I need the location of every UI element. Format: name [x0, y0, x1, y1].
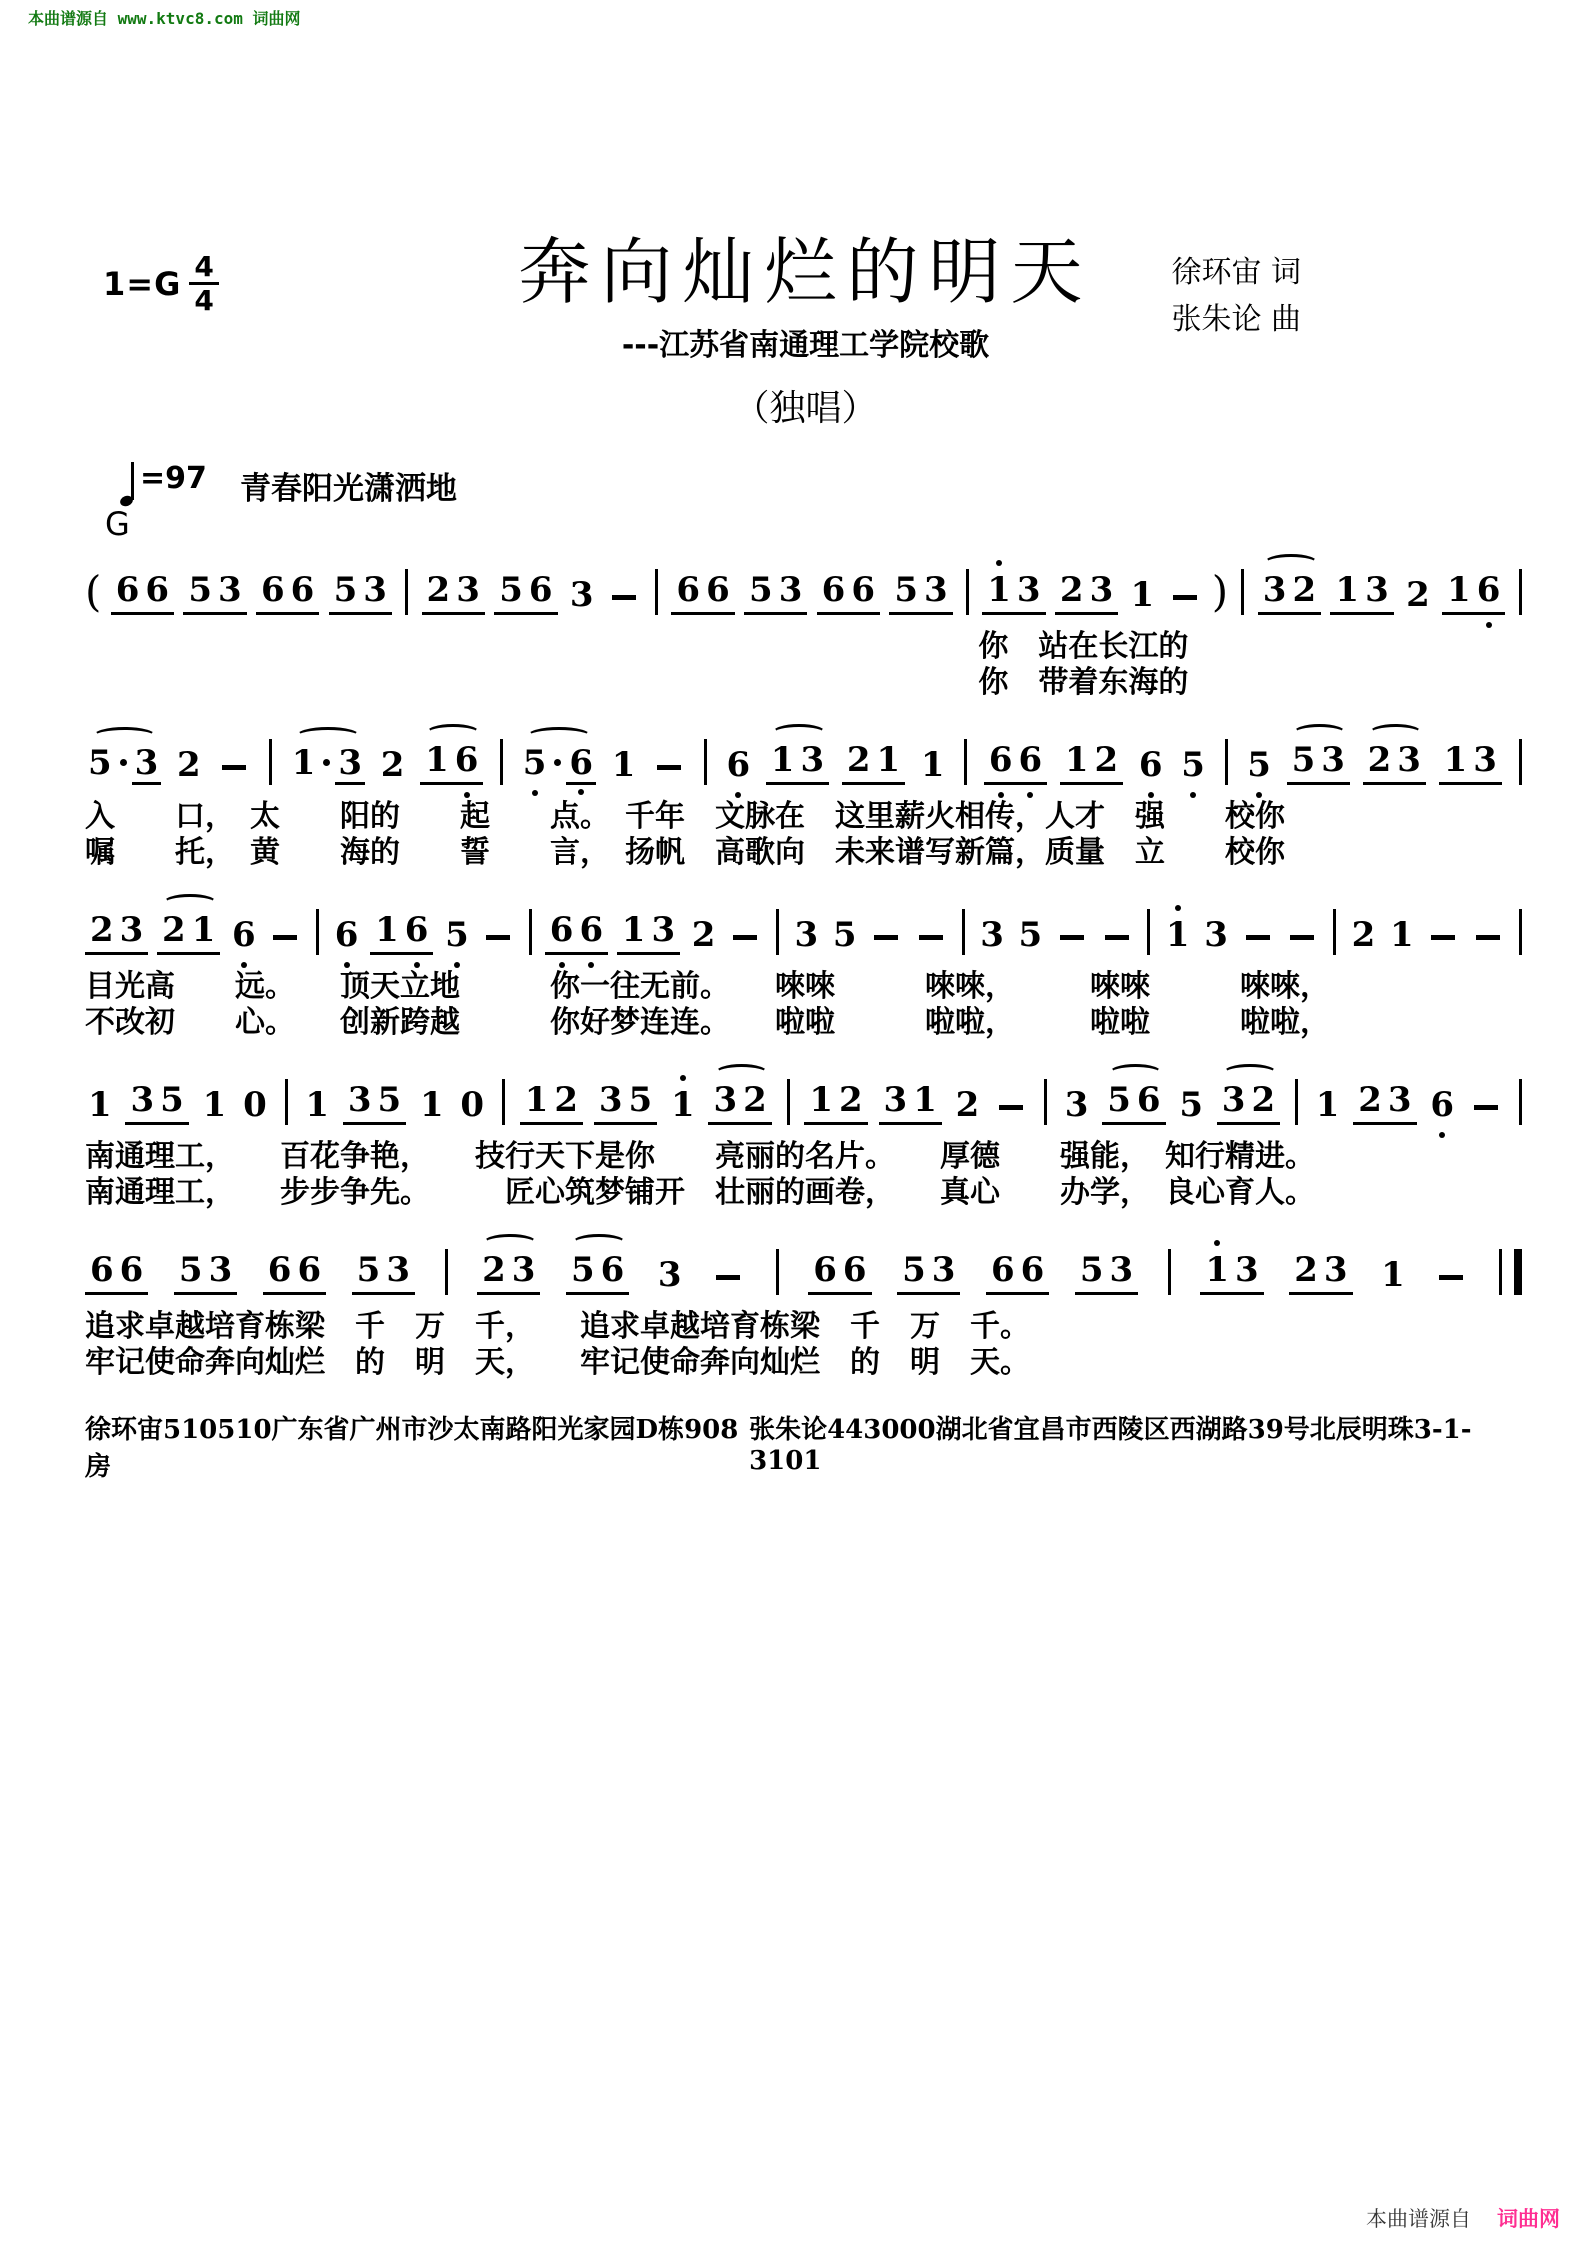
address-footer: 徐环宙510510广东省广州市沙太南路阳光家园D栋908房 张朱论443000湖…: [85, 1409, 1526, 1483]
note-digit: 3: [383, 1251, 413, 1289]
note-digit: 2: [844, 741, 874, 779]
note-digit: 3: [132, 744, 162, 785]
note-digit: 5: [496, 571, 526, 609]
note-digit: 6: [117, 1251, 147, 1289]
score-sheet: 1=G 4 4 奔向灿烂的明天 ---江苏省南通理工学院校歌 （独唱） 徐环宙 …: [0, 0, 1586, 1483]
barline: [1295, 1079, 1298, 1125]
note-digit: 3: [1201, 916, 1231, 955]
note-digit: 3: [655, 1256, 685, 1295]
note-digit: 6: [848, 571, 878, 609]
duration-dash: [1246, 935, 1270, 940]
beam-group: 31: [879, 1081, 942, 1125]
duration-dash: [733, 935, 757, 940]
note-digit: 1: [984, 571, 1014, 609]
title-block: 1=G 4 4 奔向灿烂的明天 ---江苏省南通理工学院校歌 （独唱） 徐环宙 …: [85, 0, 1526, 431]
note-digit: 2: [740, 1081, 770, 1119]
note-digit: 5: [374, 1081, 404, 1119]
barline: [776, 909, 779, 955]
duration-dash: [1173, 595, 1197, 600]
composer-credit: 张朱论 曲: [1171, 297, 1301, 344]
augmentation-dot: [554, 759, 561, 766]
beam-group: 12: [804, 1081, 867, 1125]
slur-group: 56: [1102, 1081, 1165, 1125]
note-digit: 6: [402, 911, 432, 949]
duration-dash: [874, 935, 898, 940]
watermark-prefix: 本曲谱源自: [1366, 2207, 1471, 2231]
note-digit: 3: [1219, 1081, 1249, 1119]
beam-group: 12: [520, 1081, 583, 1125]
notes-row: (66536653235636653665313231)3213216: [85, 557, 1526, 615]
note-digit: 1: [609, 746, 639, 785]
note-digit: 3: [453, 571, 483, 609]
key-signature: 1=G: [103, 265, 181, 303]
lyrics-verse-2: 南通理工， 步步争先。 匠心筑梦铺开 壮丽的画卷， 真心 办学， 良心育人。: [85, 1175, 1526, 1211]
beam-group: 66: [545, 911, 608, 955]
note-digit: 3: [1385, 1081, 1415, 1119]
note-digit: 6: [703, 571, 733, 609]
octave-dot-high: [1175, 905, 1181, 911]
note-digit: 3: [929, 1251, 959, 1289]
slur-group: 53: [85, 744, 161, 785]
parenthesis: ): [1212, 571, 1228, 615]
note-digit: 3: [1362, 571, 1392, 609]
duration-dash: [1476, 935, 1500, 940]
note-digit: 2: [1289, 571, 1319, 609]
sheet-music-page: 本曲谱源自 www.ktvc8.com 词曲网 1=G 4 4 奔向灿烂的明天 …: [0, 0, 1586, 2245]
octave-dot-low: [588, 962, 594, 968]
barline: [405, 569, 408, 615]
note-digit: 5: [830, 916, 860, 955]
duration-dash: [486, 935, 510, 940]
beam-group: 53: [183, 571, 246, 615]
note-digit: 3: [1318, 741, 1348, 779]
note-digit: 1: [522, 1081, 552, 1119]
note-digit: 3: [710, 1081, 740, 1119]
beam-group: 13: [617, 911, 680, 955]
duration-dash: [1474, 1105, 1498, 1110]
note-digit: 3: [791, 916, 821, 955]
slur-group: 56: [520, 744, 596, 785]
octave-dot-low: [578, 789, 584, 795]
note-digit: 3: [215, 571, 245, 609]
note-digit: 6: [526, 571, 556, 609]
beam-group: 13: [1200, 1251, 1263, 1295]
slur-group: 13: [766, 741, 829, 785]
barline: [529, 909, 532, 955]
note-digit: 3: [776, 571, 806, 609]
song-title: 奔向灿烂的明天: [85, 236, 1526, 308]
note-digit: 6: [258, 571, 288, 609]
note-digit: 1: [1444, 571, 1474, 609]
barline: [1168, 1249, 1171, 1295]
lyrics: 目光高 远。 顶天立地 你一往无前。 唻唻 唻唻， 唻唻 唻唻，不改初 心。 创…: [85, 969, 1526, 1041]
notes-row: 532132165616132116612655532313: [85, 727, 1526, 785]
beam-group: 23: [422, 571, 485, 615]
notes-row: 2321661656613235351321: [85, 897, 1526, 955]
octave-dot-low: [1439, 1132, 1445, 1138]
note-digit: 2: [836, 1081, 866, 1119]
beam-group: 13: [766, 741, 829, 785]
note-digit: 2: [689, 916, 719, 955]
beam-group: 21: [842, 741, 905, 785]
barline: [1519, 1079, 1522, 1125]
note-digit: 3: [1321, 1251, 1351, 1289]
note-digit: 6: [87, 1251, 117, 1289]
note-digit: 3: [127, 1081, 157, 1119]
note-digit: 3: [1087, 571, 1117, 609]
credits: 徐环宙 词 张朱论 曲: [1171, 250, 1301, 343]
note-digit: 3: [335, 744, 365, 785]
note-digit: 3: [1394, 741, 1424, 779]
slur-group: 32: [708, 1081, 771, 1125]
octave-dot-low: [559, 962, 565, 968]
octave-dot-low: [735, 792, 741, 798]
note-digit: 2: [1403, 576, 1433, 615]
note-digit: 2: [479, 1251, 509, 1289]
note-digit: 2: [87, 911, 117, 949]
augmentation-dot: [323, 759, 330, 766]
octave-dot-low: [1190, 792, 1196, 798]
note-digit: 1: [422, 741, 452, 779]
beam-group: 53: [897, 1251, 960, 1295]
beam-group: 53: [352, 1251, 415, 1295]
beam-group: 23: [1055, 571, 1118, 615]
note-digit: 5: [1176, 1086, 1206, 1125]
beam-group: 16: [1442, 571, 1505, 615]
octave-dot-low: [454, 962, 460, 968]
note-digit: 6: [547, 911, 577, 949]
octave-dot-high: [996, 560, 1002, 566]
beam-group: 32: [708, 1081, 771, 1125]
note-digit: 1: [668, 1086, 698, 1125]
lyricist-address: 徐环宙510510广东省广州市沙太南路阳光家园D栋908房: [85, 1409, 749, 1483]
song-subtitle: ---江苏省南通理工学院校歌: [85, 320, 1526, 364]
octave-dot-low: [464, 792, 470, 798]
beam-group: 23: [85, 911, 148, 955]
barline: [502, 1079, 505, 1125]
note-digit: 3: [360, 571, 390, 609]
note-digit: 3: [881, 1081, 911, 1119]
beam-group: 35: [594, 1081, 657, 1125]
note-digit: 6: [840, 1251, 870, 1289]
note-digit: 1: [1313, 1086, 1343, 1125]
beam-group: 13: [1439, 741, 1502, 785]
beam-group: 16: [420, 741, 483, 785]
beam-group: 66: [986, 1251, 1049, 1295]
time-signature-numerator: 4: [189, 252, 218, 285]
key-time-signature: 1=G 4 4: [103, 252, 219, 316]
note-digit: 1: [768, 741, 798, 779]
note-digit: 5: [85, 744, 115, 783]
note-digit: 5: [1244, 746, 1274, 785]
beam-group: 66: [808, 1251, 871, 1295]
beam-group: 32: [1217, 1081, 1280, 1125]
lyrics-verse-1: 你 站在长江的: [85, 629, 1526, 665]
note-digit: 3: [921, 571, 951, 609]
beam-group: 66: [671, 571, 734, 615]
beam-group: 16: [370, 911, 433, 955]
note-digit: 3: [1014, 571, 1044, 609]
duration-dash: [273, 935, 297, 940]
beam-group: 66: [984, 741, 1047, 785]
lyrics-verse-1: 入 口， 太 阳的 起 点。 千年 文脉在 这里薪火相传，人才 强 校你: [85, 799, 1526, 835]
note-digit: 0: [240, 1086, 270, 1125]
note-digit: 6: [723, 746, 753, 785]
note-digit: 6: [332, 916, 362, 955]
note-digit: 3: [648, 911, 678, 949]
note-digit: 5: [1178, 746, 1208, 785]
barline: [1225, 739, 1228, 785]
expression-text: 青春阳光潇洒地: [240, 463, 457, 508]
note-digit: 6: [113, 571, 143, 609]
notes-row: 66536653235636653665313231: [85, 1237, 1526, 1295]
system-4: 13510135101235132123123565321236南通理工， 百花…: [85, 1067, 1526, 1211]
beam-group: 66: [817, 571, 880, 615]
notes-row: 13510135101235132123123565321236: [85, 1067, 1526, 1125]
duration-dash: [1439, 1275, 1463, 1280]
beam-group: 23: [1353, 1081, 1416, 1125]
note-digit: 6: [598, 1251, 628, 1289]
note-digit: 5: [354, 1251, 384, 1289]
note-digit: 2: [424, 571, 454, 609]
beam-group: 35: [343, 1081, 406, 1125]
note-digit: 1: [619, 911, 649, 949]
note-digit: 5: [899, 1251, 929, 1289]
beam-group: 66: [263, 1251, 326, 1295]
beam-group: 23: [477, 1251, 540, 1295]
note-digit: 2: [378, 746, 408, 785]
note-digit: 6: [988, 1251, 1018, 1289]
lyrics-verse-1: 南通理工， 百花争艳， 技行天下是你 亮丽的名片。 厚德 强能， 知行精进。: [85, 1139, 1526, 1175]
barline: [776, 1249, 779, 1295]
note-digit: 6: [265, 1251, 295, 1289]
note-digit: 3: [1470, 741, 1500, 779]
note-digit: 1: [910, 1081, 940, 1119]
beam-group: 53: [1075, 1251, 1138, 1295]
beam-group: 53: [744, 571, 807, 615]
note-digit: 5: [1077, 1251, 1107, 1289]
note-digit: 6: [1134, 1081, 1164, 1119]
duration-dash: [716, 1275, 740, 1280]
note-digit: 5: [520, 744, 550, 783]
note-digit: 2: [1092, 741, 1122, 779]
barline: [964, 739, 967, 785]
note-digit: 1: [302, 1086, 332, 1125]
note-digit: 6: [1474, 571, 1504, 609]
barline: [500, 739, 503, 785]
octave-dot-low: [241, 962, 247, 968]
beam-group: 21: [157, 911, 220, 955]
note-digit: 1: [1332, 571, 1362, 609]
lyrics-verse-1: 追求卓越培育栋梁 千 万 千， 追求卓越培育栋梁 千 万 千。: [85, 1309, 1526, 1345]
time-signature-denominator: 4: [189, 285, 218, 315]
note-digit: 1: [806, 1081, 836, 1119]
lyrics-verse-2: 你 带着东海的: [85, 665, 1526, 701]
barline: [1241, 569, 1244, 615]
duration-dash: [1290, 935, 1314, 940]
note-digit: 5: [1016, 916, 1046, 955]
beam-group: 56: [566, 1251, 629, 1295]
barline: [1519, 569, 1522, 615]
note-digit: 2: [953, 1086, 983, 1125]
note-digit: 5: [891, 571, 921, 609]
barline: [1044, 1079, 1047, 1125]
beam-group: 13: [1330, 571, 1393, 615]
note-digit: 5: [568, 1251, 598, 1289]
slur-group: 32: [1217, 1081, 1280, 1125]
slur-group: 53: [1287, 741, 1350, 785]
note-digit: 6: [819, 571, 849, 609]
beam-group: 56: [494, 571, 557, 615]
note-digit: 6: [288, 571, 318, 609]
octave-dot-low: [1486, 622, 1492, 628]
lyrics-verse-2: 牢记使命奔向灿烂 的 明 天， 牢记使命奔向灿烂 的 明 天。: [85, 1345, 1526, 1381]
barline: [787, 1079, 790, 1125]
note-digit: 1: [1062, 741, 1092, 779]
note-digit: 1: [372, 911, 402, 949]
note-digit: 5: [1289, 741, 1319, 779]
barline: [1519, 909, 1522, 955]
note-digit: 3: [1260, 571, 1290, 609]
octave-dot-low: [998, 792, 1004, 798]
slur-group: 21: [157, 911, 220, 955]
lyrics: 你 站在长江的你 带着东海的: [85, 629, 1526, 701]
source-watermark-bottom: 本曲谱源自词曲网: [1366, 2203, 1560, 2233]
note-digit: 5: [331, 571, 361, 609]
octave-dot-high: [1214, 1240, 1220, 1246]
slur-group: 23: [1363, 741, 1426, 785]
note-digit: 3: [596, 1081, 626, 1119]
note-digit: 1: [289, 744, 319, 783]
note-digit: 6: [142, 571, 172, 609]
barline: [285, 1079, 288, 1125]
tempo-row: =97 青春阳光潇洒地 G: [85, 461, 1526, 531]
note-digit: 6: [229, 916, 259, 955]
note-digit: 6: [673, 571, 703, 609]
barline: [704, 739, 707, 785]
system-1: (66536653235636653665313231)3213216你 站在长…: [85, 557, 1526, 701]
system-5: 66536653235636653665313231追求卓越培育栋梁 千 万 千…: [85, 1237, 1526, 1381]
lyrics-verse-2: 不改初 心。 创新跨越 你好梦连连。 啦啦 啦啦， 啦啦 啦啦，: [85, 1005, 1526, 1041]
note-digit: 1: [918, 746, 948, 785]
note-digit: 3: [797, 741, 827, 779]
note-digit: 1: [1378, 1256, 1408, 1295]
note-digit: 6: [986, 741, 1016, 779]
beam-group: 53: [889, 571, 952, 615]
notation-systems: (66536653235636653665313231)3213216你 站在长…: [85, 557, 1526, 1381]
note-digit: 1: [1163, 916, 1193, 955]
duration-dash: [1105, 935, 1129, 940]
beam-group: 53: [174, 1251, 237, 1295]
duration-dash: [222, 765, 246, 770]
octave-dot-low: [1027, 792, 1033, 798]
note-digit: 6: [452, 741, 482, 779]
quarter-note-icon: [120, 462, 138, 508]
lyrics: 追求卓越培育栋梁 千 万 千， 追求卓越培育栋梁 千 万 千。牢记使命奔向灿烂 …: [85, 1309, 1526, 1381]
note-digit: 5: [442, 916, 472, 955]
note-digit: 3: [509, 1251, 539, 1289]
beam-group: 66: [111, 571, 174, 615]
parenthesis: (: [85, 571, 101, 615]
duration-dash: [657, 765, 681, 770]
beam-group: 53: [329, 571, 392, 615]
note-digit: 6: [1018, 1251, 1048, 1289]
time-signature: 4 4: [189, 252, 218, 316]
note-digit: 5: [185, 571, 215, 609]
system-3: 2321661656613235351321目光高 远。 顶天立地 你一往无前。…: [85, 897, 1526, 1041]
beam-group: 12: [1060, 741, 1123, 785]
slur-group: 56: [566, 1251, 629, 1295]
lyrics-verse-2: 嘱 托， 黄 海的 誓 言， 扬帆 高歌向 未来谱写新篇，质量 立 校你: [85, 835, 1526, 871]
note-digit: 1: [1202, 1251, 1232, 1289]
octave-dot-low: [532, 790, 538, 796]
note-digit: 2: [1365, 741, 1395, 779]
beam-group: 53: [1287, 741, 1350, 785]
lyricist-credit: 徐环宙 词: [1171, 250, 1301, 297]
note-digit: 6: [1427, 1086, 1457, 1125]
barline: [316, 909, 319, 955]
note-digit: 2: [174, 746, 204, 785]
beam-group: 56: [1102, 1081, 1165, 1125]
note-digit: 2: [551, 1081, 581, 1119]
lyrics: 南通理工， 百花争艳， 技行天下是你 亮丽的名片。 厚德 强能， 知行精进。南通…: [85, 1139, 1526, 1211]
note-digit: 2: [1057, 571, 1087, 609]
slur-group: 16: [420, 741, 483, 785]
note-digit: 3: [567, 576, 597, 615]
duration-dash: [919, 935, 943, 940]
note-digit: 1: [417, 1086, 447, 1125]
barline: [1519, 739, 1522, 785]
note-digit: 1: [85, 1086, 115, 1125]
note-digit: 2: [1349, 916, 1379, 955]
note-digit: 3: [1062, 1086, 1092, 1125]
note-digit: 1: [873, 741, 903, 779]
lyrics-verse-1: 目光高 远。 顶天立地 你一往无前。 唻唻 唻唻， 唻唻 唻唻，: [85, 969, 1526, 1005]
note-digit: 1: [1387, 916, 1417, 955]
slur-group: 23: [477, 1251, 540, 1295]
beam-group: 13: [982, 571, 1045, 615]
beam-group: 66: [256, 571, 319, 615]
note-digit: 6: [576, 911, 606, 949]
barline: [1333, 909, 1336, 955]
note-digit: 5: [1104, 1081, 1134, 1119]
watermark-brand-link[interactable]: 词曲网: [1497, 2207, 1560, 2231]
note-digit: 3: [1232, 1251, 1262, 1289]
barline: [962, 909, 965, 955]
beam-group: 23: [1289, 1251, 1352, 1295]
beam-group: 32: [1258, 571, 1321, 615]
octave-dot-high: [680, 1075, 686, 1081]
beam-group: 23: [1363, 741, 1426, 785]
note-digit: 3: [977, 916, 1007, 955]
lyrics: 入 口， 太 阳的 起 点。 千年 文脉在 这里薪火相传，人才 强 校你嘱 托，…: [85, 799, 1526, 871]
note-digit: 2: [1355, 1081, 1385, 1119]
barline: [966, 569, 969, 615]
note-digit: 3: [206, 1251, 236, 1289]
note-digit: 6: [1136, 746, 1166, 785]
final-barline: [1499, 1249, 1522, 1295]
note-digit: 6: [1016, 741, 1046, 779]
octave-dot-low: [344, 962, 350, 968]
note-digit: 0: [457, 1086, 487, 1125]
note-digit: 3: [117, 911, 147, 949]
barline: [269, 739, 272, 785]
note-digit: 2: [1291, 1251, 1321, 1289]
duration-dash: [999, 1105, 1023, 1110]
duration-dash: [1060, 935, 1084, 940]
octave-dot-low: [1148, 792, 1154, 798]
slur-group: 32: [1258, 571, 1321, 615]
